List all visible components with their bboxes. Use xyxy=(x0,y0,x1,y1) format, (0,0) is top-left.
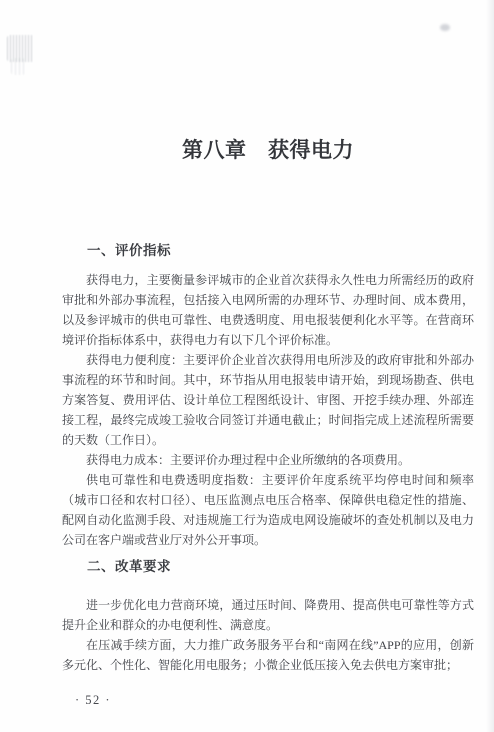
page-number: · 52 · xyxy=(75,692,111,708)
text-block: 第八章 获得电力 一、评价指标 获得电力，主要衡量参评城市的企业首次获得永久性电… xyxy=(62,0,474,675)
scan-artifact-smudge-tail xyxy=(11,58,25,75)
paragraph-reform-goal: 进一步优化电力营商环境，通过压时间、降费用、提高供电可靠性等方式提升企业和群众的… xyxy=(62,595,474,635)
paragraph-reliability-transparency-index: 供电可靠性和电费透明度指数：主要评价年度系统平均停电时间和频率（城市口径和农村口… xyxy=(62,470,474,550)
scan-edge-shadow xyxy=(486,0,494,732)
section-heading-reform-requirements: 二、改革要求 xyxy=(62,558,474,576)
section-heading-evaluation-indicators: 一、评价指标 xyxy=(62,242,474,260)
paragraph-cost-index: 获得电力成本：主要评价办理过程中企业所缴纳的各项费用。 xyxy=(62,450,474,470)
paragraph-procedure-reduction: 在压减手续方面，大力推广政务服务平台和“南网在线”APP的应用，创新多元化、个性… xyxy=(62,635,474,675)
paragraph-getting-electricity-overview: 获得电力，主要衡量参评城市的企业首次获得永久性电力所需经历的政府审批和外部办事流… xyxy=(62,270,474,350)
chapter-title: 第八章 获得电力 xyxy=(62,138,474,162)
paragraph-convenience-index: 获得电力便利度：主要评价企业首次获得用电所涉及的政府审批和外部办事流程的环节和时… xyxy=(62,350,474,450)
document-page: 第八章 获得电力 一、评价指标 获得电力，主要衡量参评城市的企业首次获得永久性电… xyxy=(0,0,494,732)
